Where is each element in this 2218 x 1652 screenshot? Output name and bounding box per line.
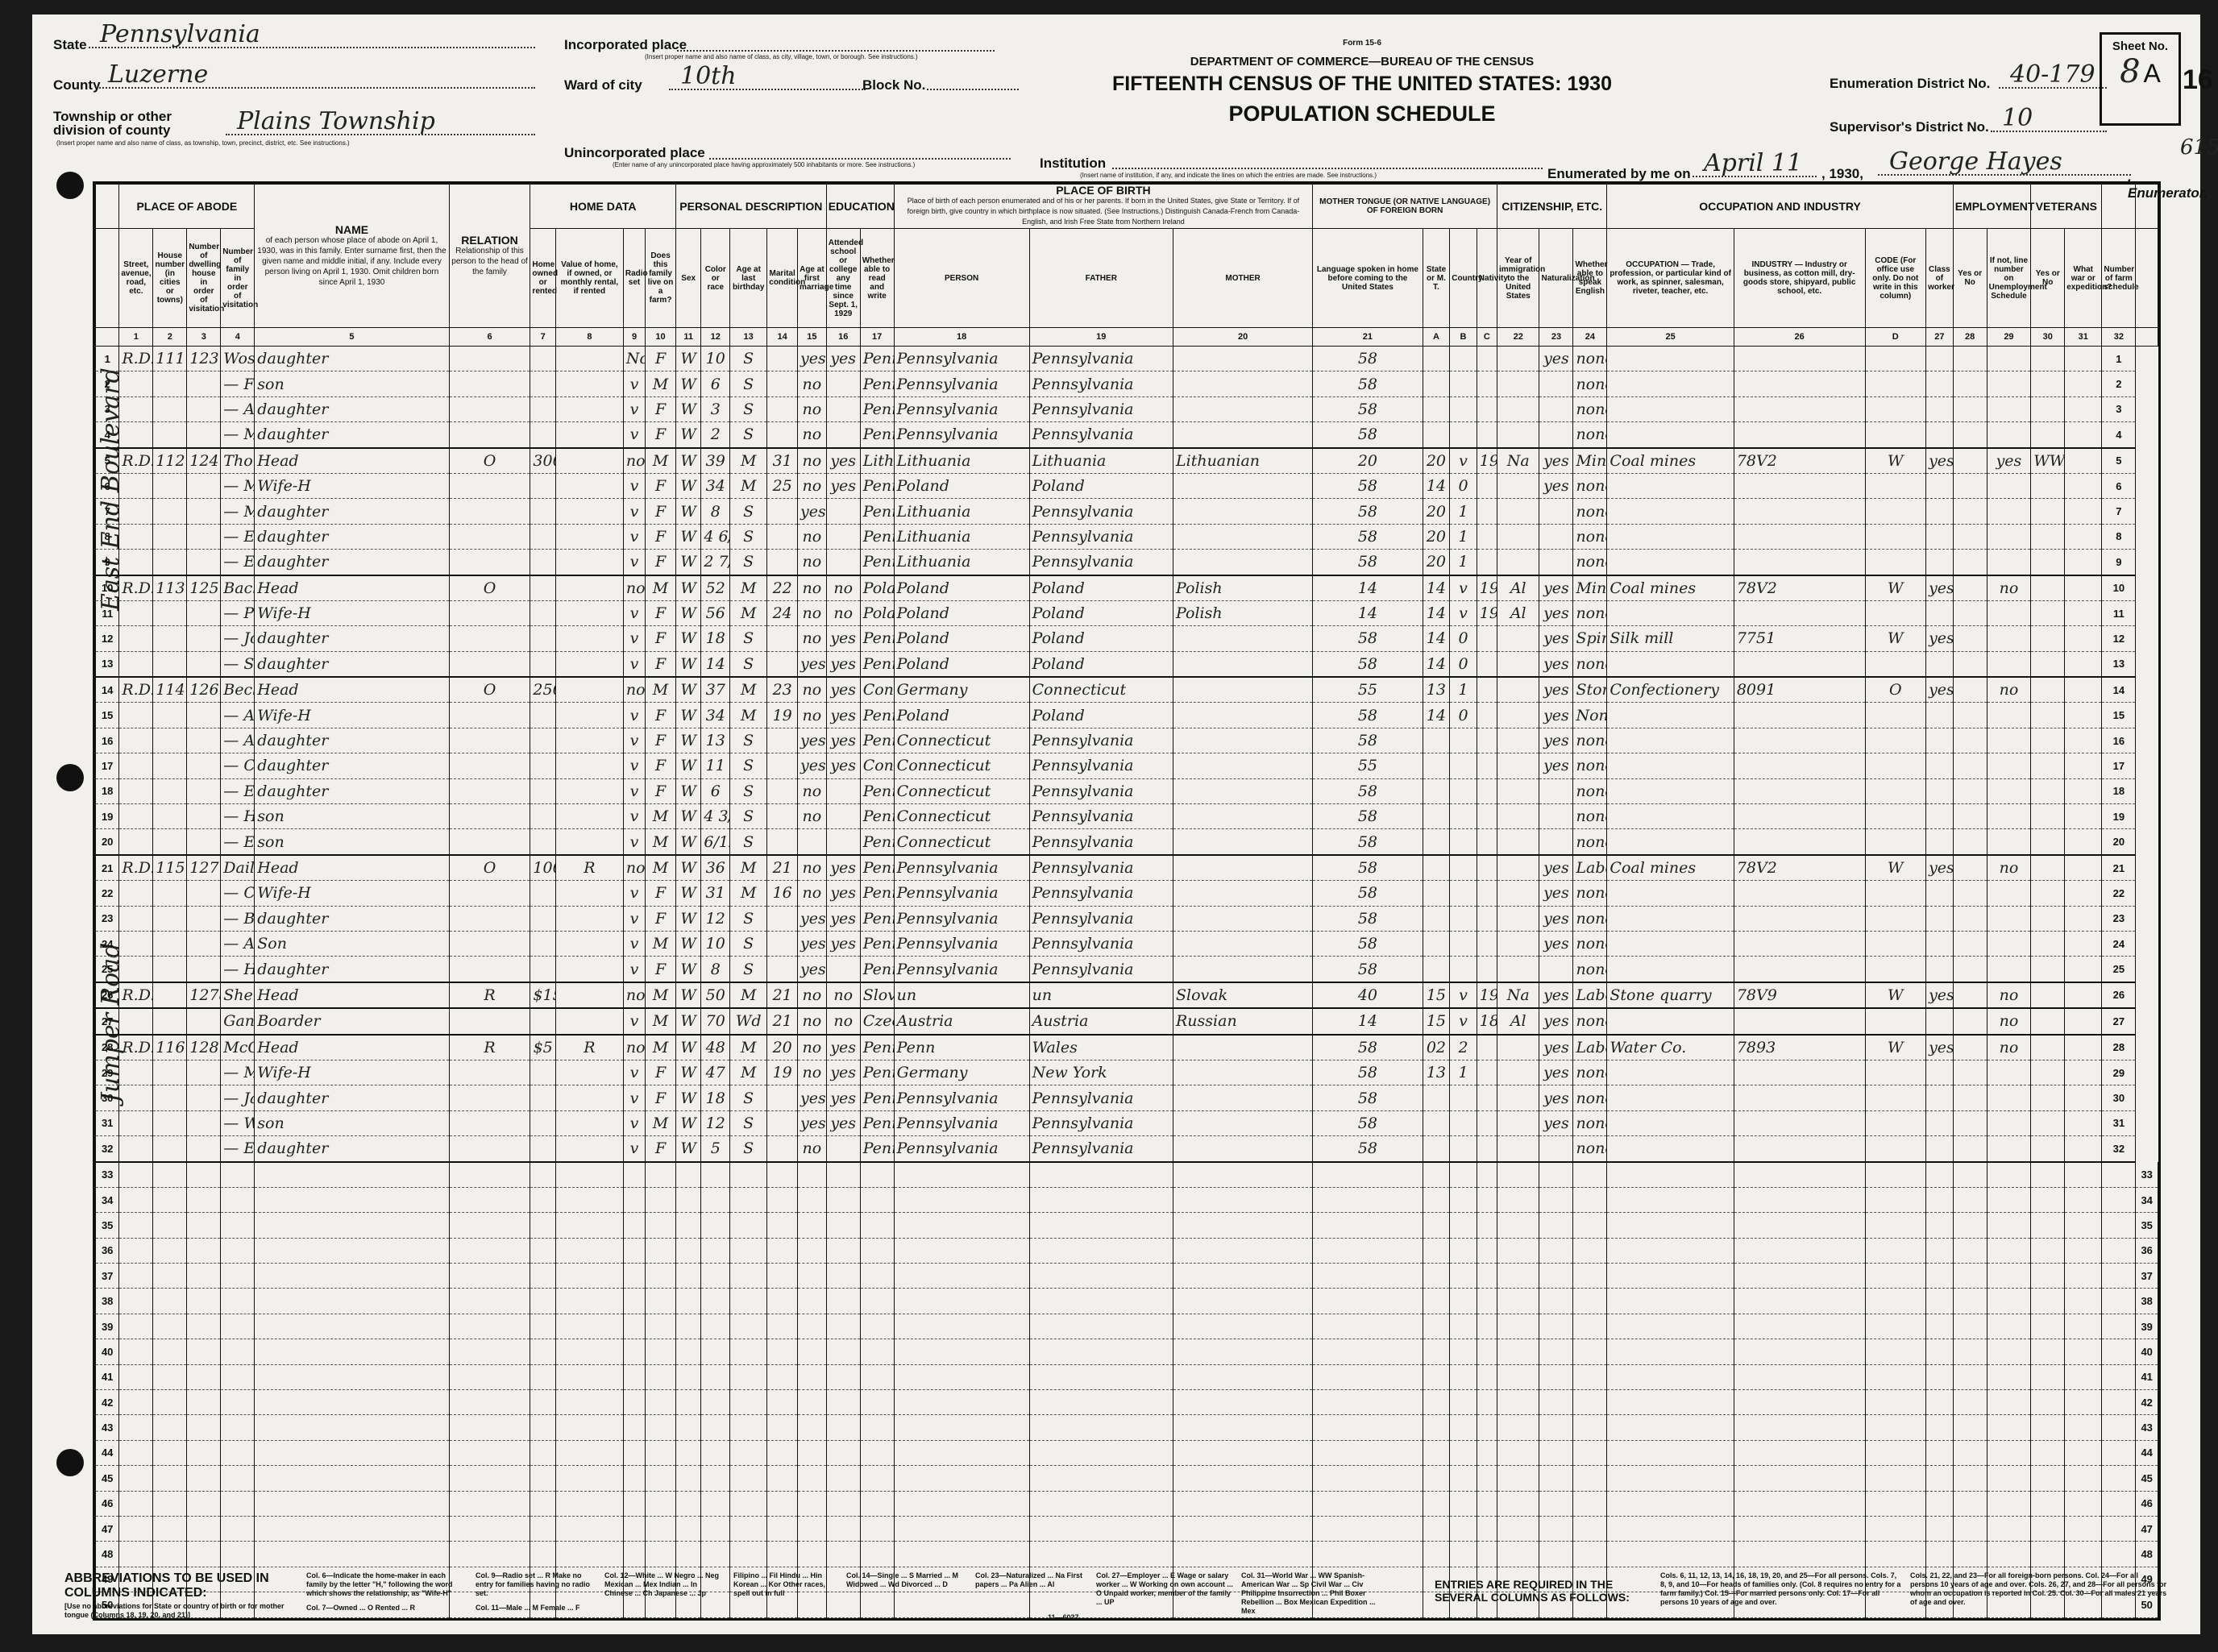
speak-english: none: [1573, 931, 1607, 956]
group-personal-description: PERSONAL DESCRIPTION: [675, 185, 826, 229]
farm-schedule: 30: [2102, 1085, 2136, 1110]
incorporated-label: Incorporated place: [564, 37, 687, 53]
birth-father: Poland: [1029, 651, 1173, 677]
empty-cell: [555, 1542, 623, 1567]
at-work: [1953, 804, 1987, 829]
empty-cell: [701, 1491, 730, 1516]
empty-cell: [1573, 1264, 1607, 1289]
farm-schedule: 3: [2102, 396, 2136, 421]
empty-cell: [826, 1466, 860, 1491]
code-d: W: [1865, 855, 1926, 881]
birth-father: Poland: [1029, 626, 1173, 651]
sex: W: [675, 473, 700, 498]
empty-cell: [623, 1264, 645, 1289]
radio: v: [623, 728, 645, 753]
birth-mother: [1173, 829, 1313, 855]
empty-cell: [1450, 1289, 1477, 1314]
code-b: [1450, 931, 1477, 956]
empty-cell: [1607, 1162, 1734, 1188]
family-number: McGregor, William: [221, 1035, 255, 1061]
read-write: Pennsylvania: [860, 1085, 894, 1110]
empty-cell: [798, 1264, 827, 1289]
class-of-worker: [1926, 524, 1954, 549]
age-first-marriage: yes: [798, 1085, 827, 1110]
empty-cell: [1953, 1289, 1987, 1314]
empty-cell: [1953, 1238, 1987, 1263]
empty-cell: [2102, 1516, 2136, 1541]
house-number: [153, 1060, 187, 1085]
home-value: [555, 473, 623, 498]
empty-cell: [1497, 1264, 1539, 1289]
read-write: Pennsylvania: [860, 829, 894, 855]
empty-cell: [1734, 1339, 1865, 1364]
empty-cell: [675, 1213, 700, 1238]
empty-cell: [1313, 1162, 1423, 1188]
veteran: [2031, 396, 2065, 421]
house-number: [153, 829, 187, 855]
empty-cell: [187, 1162, 221, 1188]
empty-cell: [2065, 1314, 2102, 1339]
empty-cell: [623, 1516, 645, 1541]
owned-rented: [530, 550, 555, 575]
home-value: [555, 804, 623, 829]
dwelling-number: [187, 703, 221, 728]
unemployment-line: [1987, 728, 2031, 753]
column-number: 28: [1953, 328, 1987, 347]
empty-cell: [555, 1491, 623, 1516]
age: S: [730, 829, 767, 855]
empty-cell: [2031, 1415, 2065, 1440]
at-work: [1953, 1085, 1987, 1110]
dwelling-number: [187, 957, 221, 982]
code-c: [1477, 651, 1497, 677]
farm-schedule: 7: [2102, 499, 2136, 524]
empty-cell: [2102, 1339, 2136, 1364]
farm: F: [646, 1060, 676, 1085]
empty-cell: [701, 1440, 730, 1465]
marital: 21: [767, 1008, 798, 1034]
immigration-year: Na: [1497, 448, 1539, 474]
line-number: 33: [96, 1162, 119, 1188]
occupation: [1607, 906, 1734, 931]
speak-english: none: [1573, 778, 1607, 803]
empty-cell: [221, 1542, 255, 1567]
birth-person: un: [894, 982, 1029, 1008]
birth-father: Pennsylvania: [1029, 550, 1173, 575]
relation: O: [449, 677, 530, 703]
birth-person: Pennsylvania: [894, 906, 1029, 931]
race: 4 3/12: [701, 804, 730, 829]
naturalization: yes: [1539, 1035, 1573, 1061]
farm: M: [646, 804, 676, 829]
code-c: [1477, 626, 1497, 651]
veteran: [2031, 829, 2065, 855]
table-row: 29— MamieWife-HvFW47M19noyesPennsylvania…: [96, 1060, 2158, 1085]
naturalization: yes: [1539, 906, 1573, 931]
age-first-marriage: yes: [798, 753, 827, 778]
age: S: [730, 1110, 767, 1135]
dwelling-number: 127: [187, 855, 221, 881]
sex: W: [675, 524, 700, 549]
birth-father: Poland: [1029, 703, 1173, 728]
birth-father: Lithuania: [1029, 448, 1173, 474]
sex: W: [675, 829, 700, 855]
empty-cell: [2065, 1390, 2102, 1415]
empty-cell: [2065, 1542, 2102, 1567]
empty-cell: [1734, 1390, 1865, 1415]
empty-cell: [1865, 1162, 1926, 1188]
empty-cell: [1497, 1289, 1539, 1314]
naturalization: yes: [1539, 703, 1573, 728]
class-of-worker: yes: [1926, 626, 1954, 651]
radio: no: [623, 982, 645, 1008]
class-of-worker: [1926, 473, 1954, 498]
naturalization: [1539, 371, 1573, 396]
naturalization: [1539, 499, 1573, 524]
class-of-worker: [1926, 1008, 1954, 1034]
line-number: 22: [96, 881, 119, 906]
empty-cell: [701, 1415, 730, 1440]
occupation: Coal mines: [1607, 575, 1734, 601]
class-of-worker: [1926, 931, 1954, 956]
age: S: [730, 626, 767, 651]
unemployment-line: [1987, 1060, 2031, 1085]
column-number: 2: [153, 328, 187, 347]
unincorporated-value: [709, 134, 1011, 160]
mother-tongue: 58: [1313, 855, 1423, 881]
empty-cell: [1734, 1491, 1865, 1516]
empty-cell: [1573, 1466, 1607, 1491]
dwelling-number: 126: [187, 677, 221, 703]
col-birth-person: PERSON: [894, 229, 1029, 328]
read-write: Pennsylvania: [860, 1136, 894, 1162]
empty-cell: [646, 1516, 676, 1541]
empty-cell: [1573, 1491, 1607, 1516]
house-number: [153, 396, 187, 421]
read-write: Pennsylvania: [860, 499, 894, 524]
industry: [1734, 524, 1865, 549]
mother-tongue: 58: [1313, 1110, 1423, 1135]
birth-person: Germany: [894, 1060, 1029, 1085]
dwelling-number: 128: [187, 1035, 221, 1061]
code-b: [1450, 347, 1477, 371]
code-b: [1450, 422, 1477, 448]
code-b: 0: [1450, 626, 1477, 651]
col-owned-rented: Home owned or rented: [530, 229, 555, 328]
empty-cell: [255, 1440, 449, 1465]
birth-mother: [1173, 550, 1313, 575]
col-occupation: OCCUPATION — Trade, profession, or parti…: [1607, 229, 1734, 328]
veteran: [2031, 626, 2065, 651]
speak-english: none: [1573, 371, 1607, 396]
birth-father: Poland: [1029, 575, 1173, 601]
empty-cell: [1497, 1162, 1539, 1188]
empty-cell: [646, 1440, 676, 1465]
empty-cell: [119, 1162, 153, 1188]
industry: [1734, 396, 1865, 421]
code-d: [1865, 753, 1926, 778]
age-first-marriage: no: [798, 703, 827, 728]
marital: 20: [767, 1035, 798, 1061]
race: 48: [701, 1035, 730, 1061]
column-number: B: [1450, 328, 1477, 347]
code-c: [1477, 778, 1497, 803]
block-label: Block No.: [862, 77, 925, 93]
empty-cell: [675, 1238, 700, 1263]
sex: W: [675, 550, 700, 575]
naturalization: yes: [1539, 855, 1573, 881]
empty-cell: [860, 1466, 894, 1491]
farm: F: [646, 1136, 676, 1162]
industry: 8091: [1734, 677, 1865, 703]
family-number: Bachinski, Charles: [221, 575, 255, 601]
empty-cell: [119, 1491, 153, 1516]
at-work: [1953, 575, 1987, 601]
race: 36: [701, 855, 730, 881]
radio: v: [623, 524, 645, 549]
code-b: 1: [1450, 1060, 1477, 1085]
empty-cell: [2031, 1339, 2065, 1364]
industry: [1734, 651, 1865, 677]
empty-cell: [1926, 1516, 1954, 1541]
street: [119, 651, 153, 677]
empty-cell: [221, 1213, 255, 1238]
class-of-worker: [1926, 422, 1954, 448]
birth-person: Pennsylvania: [894, 931, 1029, 956]
sex: W: [675, 881, 700, 906]
column-number: 18: [894, 328, 1029, 347]
immigration-year: [1497, 1035, 1539, 1061]
empty-cell: [2102, 1491, 2136, 1516]
empty-cell: [623, 1187, 645, 1212]
radio: v: [623, 473, 645, 498]
relation: [449, 931, 530, 956]
empty-cell: [2065, 1289, 2102, 1314]
empty-cell: [1423, 1238, 1450, 1263]
empty-cell: [1539, 1314, 1573, 1339]
empty-cell: [767, 1162, 798, 1188]
family-number: — William: [221, 1110, 255, 1135]
empty-cell: [1926, 1339, 1954, 1364]
empty-cell: [449, 1440, 530, 1465]
empty-cell: [1734, 1238, 1865, 1263]
empty-cell: [555, 1314, 623, 1339]
at-work: [1953, 499, 1987, 524]
empty-cell: [1029, 1390, 1173, 1415]
empty-cell: [1539, 1415, 1573, 1440]
farm: M: [646, 1035, 676, 1061]
war: [2065, 499, 2102, 524]
line-number: 24: [96, 931, 119, 956]
empty-cell: [798, 1289, 827, 1314]
empty-cell: [555, 1415, 623, 1440]
race: 13: [701, 728, 730, 753]
speak-english: none: [1573, 347, 1607, 371]
occupation: [1607, 499, 1734, 524]
house-number: [153, 778, 187, 803]
empty-cell: [1734, 1264, 1865, 1289]
family-number: — Mamie: [221, 1060, 255, 1085]
veteran: [2031, 347, 2065, 371]
class-of-worker: [1926, 804, 1954, 829]
column-number: 9: [623, 328, 645, 347]
race: 11: [701, 753, 730, 778]
code-b: 2: [1450, 1035, 1477, 1061]
col-age: Age at last birthday: [730, 229, 767, 328]
industry: [1734, 1110, 1865, 1135]
birth-mother: Polish: [1173, 600, 1313, 625]
radio: no: [623, 1035, 645, 1061]
birth-father: Poland: [1029, 600, 1173, 625]
radio: v: [623, 753, 645, 778]
birth-person: Connecticut: [894, 829, 1029, 855]
owned-rented: [530, 906, 555, 931]
house-number: 112: [153, 448, 187, 474]
code-c: 1900: [1477, 982, 1497, 1008]
code-c: [1477, 347, 1497, 371]
person-name: daughter: [255, 422, 449, 448]
house-number: [153, 499, 187, 524]
at-work: [1953, 931, 1987, 956]
empty-cell: [1029, 1162, 1173, 1188]
family-number: — Evelyne: [221, 778, 255, 803]
empty-cell: [119, 1314, 153, 1339]
person-name: daughter: [255, 550, 449, 575]
war: [2065, 753, 2102, 778]
race: 2 7/12: [701, 550, 730, 575]
farm-schedule: 18: [2102, 778, 2136, 803]
incorporated-note: (Insert proper name and also name of cla…: [645, 53, 918, 60]
empty-cell: [187, 1364, 221, 1389]
column-number: 11: [675, 328, 700, 347]
home-value: [555, 600, 623, 625]
school: yes: [826, 626, 860, 651]
marital: [767, 347, 798, 371]
street: [119, 753, 153, 778]
empty-cell: [221, 1187, 255, 1212]
family-number: — Bessie: [221, 906, 255, 931]
empty-cell: [1423, 1314, 1450, 1339]
group-occupation-industry: OCCUPATION AND INDUSTRY: [1607, 185, 1953, 229]
read-write: Pennsylvania: [860, 1060, 894, 1085]
speak-english: Laborer: [1573, 1035, 1607, 1061]
immigration-year: [1497, 778, 1539, 803]
empty-cell: [2065, 1264, 2102, 1289]
empty-cell: [255, 1314, 449, 1339]
empty-cell: [1573, 1364, 1607, 1389]
age: S: [730, 422, 767, 448]
class-of-worker: [1926, 499, 1954, 524]
empty-cell: [187, 1314, 221, 1339]
empty-cell: [1029, 1238, 1173, 1263]
empty-cell: [1573, 1213, 1607, 1238]
empty-row: 3535: [96, 1213, 2158, 1238]
dwelling-number: 123: [187, 347, 221, 371]
sex: W: [675, 1085, 700, 1110]
column-number: 23: [1539, 328, 1573, 347]
school: [826, 422, 860, 448]
family-number: — Frank: [221, 371, 255, 396]
empty-cell: [730, 1542, 767, 1567]
empty-cell: [894, 1516, 1029, 1541]
school: [826, 957, 860, 982]
code-a: [1423, 422, 1450, 448]
empty-cell: [798, 1162, 827, 1188]
empty-cell: [555, 1264, 623, 1289]
empty-cell: [1313, 1542, 1423, 1567]
owned-rented: [530, 1008, 555, 1034]
at-work: [1953, 347, 1987, 371]
relation: [449, 957, 530, 982]
code-d: W: [1865, 626, 1926, 651]
unemployment-line: [1987, 347, 2031, 371]
empty-row: 3939: [96, 1314, 2158, 1339]
mother-tongue: 58: [1313, 1085, 1423, 1110]
school: no: [826, 982, 860, 1008]
table-row: 31— WilliamsonvMW12SyesyesPennsylvaniaPe…: [96, 1110, 2158, 1135]
township-value: Plains Township: [226, 110, 535, 135]
empty-cell: [1607, 1542, 1734, 1567]
empty-cell: [530, 1339, 555, 1364]
farm: M: [646, 855, 676, 881]
empty-cell: [860, 1491, 894, 1516]
empty-cell: [675, 1491, 700, 1516]
empty-cell: [646, 1415, 676, 1440]
radio: v: [623, 1060, 645, 1085]
empty-row: 4343: [96, 1415, 2158, 1440]
family-number: Becker, Gustave: [221, 677, 255, 703]
immigration-year: [1497, 753, 1539, 778]
empty-cell: [1987, 1415, 2031, 1440]
owned-rented: [530, 371, 555, 396]
age-first-marriage: no: [798, 778, 827, 803]
speak-english: Spinner: [1573, 626, 1607, 651]
empty-cell: [187, 1339, 221, 1364]
empty-cell: [119, 1466, 153, 1491]
empty-cell: [798, 1440, 827, 1465]
speak-english: Laborer: [1573, 855, 1607, 881]
mother-tongue: 58: [1313, 396, 1423, 421]
at-work: [1953, 855, 1987, 881]
empty-cell: [826, 1390, 860, 1415]
col-farm: Does this family live on a farm?: [646, 229, 676, 328]
group-citizenship: CITIZENSHIP, ETC.: [1497, 185, 1607, 229]
empty-cell: [2031, 1440, 2065, 1465]
person-name: daughter: [255, 524, 449, 549]
col-speak-english: Whether able to speak English: [1573, 229, 1607, 328]
empty-cell: [1423, 1213, 1450, 1238]
empty-cell: [1926, 1238, 1954, 1263]
relation: [449, 829, 530, 855]
relation-instructions: Relationship of this person to the head …: [451, 247, 528, 276]
empty-cell: [1953, 1542, 1987, 1567]
empty-cell: [1734, 1466, 1865, 1491]
read-write: Pennsylvania: [860, 728, 894, 753]
speak-english: none: [1573, 422, 1607, 448]
empty-cell: [1029, 1466, 1173, 1491]
age: M: [730, 881, 767, 906]
farm-schedule: 12: [2102, 626, 2136, 651]
read-write: Pennsylvania: [860, 626, 894, 651]
school: yes: [826, 677, 860, 703]
ed-value: 40-179: [1999, 63, 2107, 89]
age-first-marriage: no: [798, 371, 827, 396]
column-number: 22: [1497, 328, 1539, 347]
table-row: 32— ElizabethdaughtervFW5SnoPennsylvania…: [96, 1136, 2158, 1162]
empty-cell: [1607, 1314, 1734, 1339]
code-d: [1865, 804, 1926, 829]
empty-cell: [1607, 1491, 1734, 1516]
